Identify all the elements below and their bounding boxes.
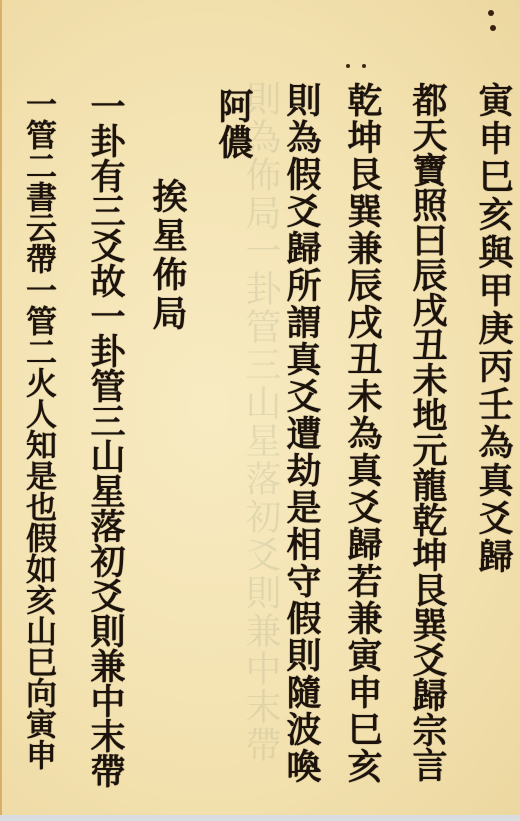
text-column-4: 則為假爻歸所謂真爻遭劫是相守假則隨波喚 (284, 82, 319, 785)
text-column-8: 一管二書云帶一管二火人知是也假如亥山巳向寅申 (22, 88, 53, 770)
bottom-border (0, 815, 520, 821)
punctuation-dots (488, 10, 496, 31)
emphasis-dots (346, 64, 366, 68)
dot (362, 64, 366, 68)
section-heading: 挨星佈局 (150, 178, 185, 334)
text-column-5: 阿儂 (216, 88, 251, 160)
manuscript-page: 則為佈局一卦管三山星落初爻則兼中末帶 寅申巳亥與甲庚丙壬為真爻歸 都天寶照曰辰戌… (0, 0, 520, 815)
text-column-2: 都天寶照曰辰戌丑未地元龍乾坤艮巽爻歸宗言 (410, 82, 445, 782)
dot (490, 25, 496, 31)
bleed-through-text-2 (182, 250, 218, 815)
dot (488, 10, 494, 16)
text-column-3: 乾坤艮巽兼辰戌丑未為真爻歸若兼寅申巳亥 (345, 82, 380, 785)
dot (346, 64, 350, 68)
text-column-7: 一卦有三爻故一卦管三山星落初爻則兼中末帶 (88, 88, 123, 788)
bleed-through-text: 則為佈局一卦管三山星落初爻則兼中末帶 (242, 80, 278, 815)
text-column-1: 寅申巳亥與甲庚丙壬為真爻歸 (476, 82, 511, 576)
